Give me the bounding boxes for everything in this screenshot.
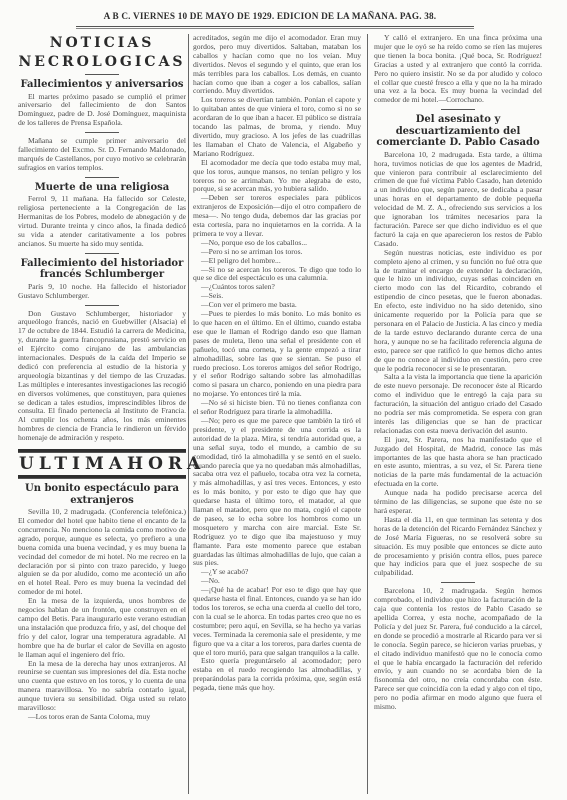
paragraph: Mañana se cumple primer aniversario del … bbox=[18, 137, 186, 173]
paragraph: Y calló el extranjero. En una finca próx… bbox=[374, 34, 542, 105]
section-title-necrologicas: NECROLOGICAS bbox=[18, 55, 186, 70]
column-3: Y calló el extranjero. En una finca próx… bbox=[374, 34, 542, 712]
paragraph: Ferrol 9, 11 mañana. Ha fallecido sor Ce… bbox=[18, 195, 186, 248]
headline-pablo-casado: Del asesinato y descuartizamiento del co… bbox=[374, 114, 542, 149]
paragraph: Los toreros se divertían también. Ponían… bbox=[193, 96, 361, 158]
paragraph: Según nuestras noticias, este individuo … bbox=[374, 249, 542, 374]
paragraph: El juez, Sr. Parera, nos ha manifestado … bbox=[374, 436, 542, 489]
paragraph: —No sé si hiciste bien. Tú no tienes con… bbox=[193, 399, 361, 417]
ultima-hora-title: ULTIMA HORA bbox=[18, 453, 186, 475]
paragraph: —Si no se acercan los toreros. Te digo q… bbox=[193, 266, 361, 284]
separator bbox=[85, 132, 119, 133]
paragraph: Barcelona 10, 2 madrugada. Según hemos c… bbox=[374, 587, 542, 712]
paragraph: El martes próximo pasado se cumplió el p… bbox=[18, 93, 186, 129]
thick-rule bbox=[18, 475, 186, 479]
paragraph: Aunque nada ha podido precisarse acerca … bbox=[374, 489, 542, 516]
paragraph: En la mesa de la izquierda, unos hombres… bbox=[18, 597, 186, 659]
paragraph: Sevilla 10, 2 madrugada. (Conferencia te… bbox=[18, 508, 186, 597]
section-title-noticias: NOTICIAS bbox=[18, 36, 186, 51]
paragraph: —¡Qué ha de acabar! Por eso te digo que … bbox=[193, 586, 361, 657]
separator bbox=[85, 305, 119, 306]
paragraph: —Pues te pierdes lo más bonito. Lo más b… bbox=[193, 310, 361, 399]
column-2: acreditados, según me dijo el acomodador… bbox=[193, 34, 361, 693]
ultima-hora-banner: ULTIMA HORA bbox=[18, 449, 186, 479]
separator bbox=[441, 582, 475, 583]
paragraph: Barcelona 10, 2 madrugada. Esta tarde, a… bbox=[374, 151, 542, 249]
headline-muerte-religiosa: Muerte de una religiosa bbox=[18, 182, 186, 194]
paragraph: —Deben ser toreros especiales para públi… bbox=[193, 194, 361, 239]
column-1: NOTICIAS NECROLOGICAS Fallecimientos y a… bbox=[18, 34, 186, 722]
paragraph: El acomodador me decía que todo estaba m… bbox=[193, 159, 361, 195]
paragraph: Hasta el día 11, en que terminan las set… bbox=[374, 516, 542, 578]
paragraph: Salta a la vista la importancia que tien… bbox=[374, 373, 542, 435]
paragraph: acreditados, según me dijo el acomodador… bbox=[193, 34, 361, 96]
paragraph: En la mesa de la derecha hay unos extran… bbox=[18, 660, 186, 713]
separator bbox=[85, 253, 119, 254]
headline-espectaculo: Un bonito espectáculo para extranjeros bbox=[18, 483, 186, 506]
paragraph: París 9, 10 noche. Ha fallecido el histo… bbox=[18, 283, 186, 301]
masthead: A B C. VIERNES 10 DE MAYO DE 1929. EDICI… bbox=[70, 11, 470, 21]
masthead-rule bbox=[76, 26, 474, 29]
separator bbox=[85, 177, 119, 178]
separator bbox=[85, 74, 119, 75]
separator bbox=[441, 109, 475, 110]
paragraph: Don Gustavo Schlumberger, historiador y … bbox=[18, 310, 186, 444]
paragraph: —No; pero es que me parece que también l… bbox=[193, 417, 361, 568]
headline-schlumberger: Fallecimiento del historiador francés Sc… bbox=[18, 258, 186, 281]
column-rule-1 bbox=[188, 34, 189, 794]
paragraph: —Los toros eran de Santa Coloma, muy bbox=[18, 713, 186, 722]
headline-fallecimientos: Fallecimientos y aniversarios bbox=[18, 79, 186, 91]
paragraph: Esto quería preguntárselo al acomodador;… bbox=[193, 657, 361, 693]
ultima-word: ULTIMA bbox=[19, 453, 127, 475]
column-rule-2 bbox=[367, 34, 368, 794]
